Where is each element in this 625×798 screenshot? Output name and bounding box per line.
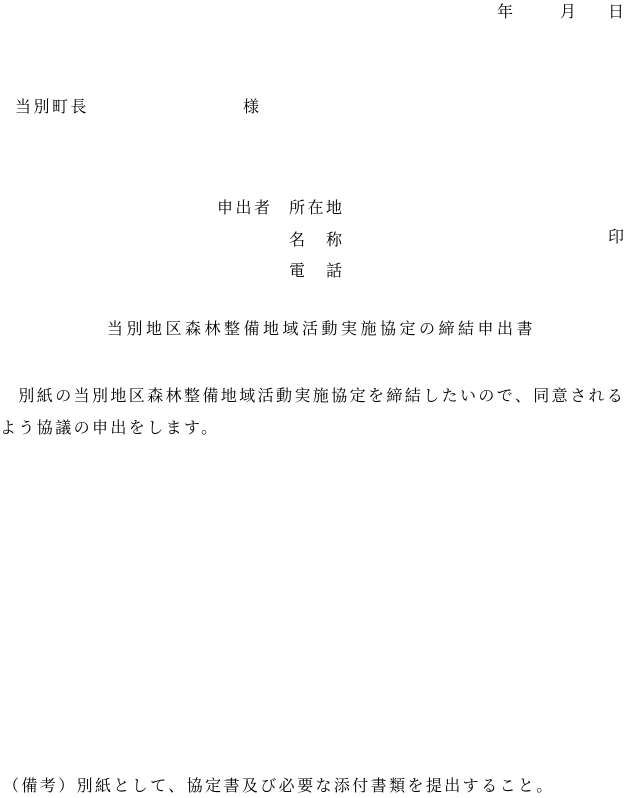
recipient-honorific: 様 [243,99,262,116]
date-year-label: 年 [497,4,516,21]
document-page: 年 月 日 当別町長 様 申出者 所在地 名 称 印 電 話 当別地区森林整備地… [0,0,625,798]
seal-placeholder: 印 [608,229,625,246]
applicant-field-address-label: 所在地 [289,200,345,217]
body-paragraph-line-1: 別紙の当別地区森林整備地域活動実施協定を締結したいので、同意される [0,388,625,405]
document-title: 当別地区森林整備地域活動実施協定の締結申出書 [107,321,536,338]
applicant-field-phone-label: 電 話 [289,263,345,280]
body-paragraph-line-2: よう協議の申出をします。 [0,420,220,437]
applicant-field-name-label: 名 称 [289,232,345,249]
date-day-label: 日 [608,4,625,21]
remarks-note: （備考）別紙として、協定書及び必要な添付書類を提出すること。 [3,778,555,795]
recipient-name: 当別町長 [15,99,89,116]
date-month-label: 月 [560,4,579,21]
applicant-label: 申出者 [217,200,273,217]
